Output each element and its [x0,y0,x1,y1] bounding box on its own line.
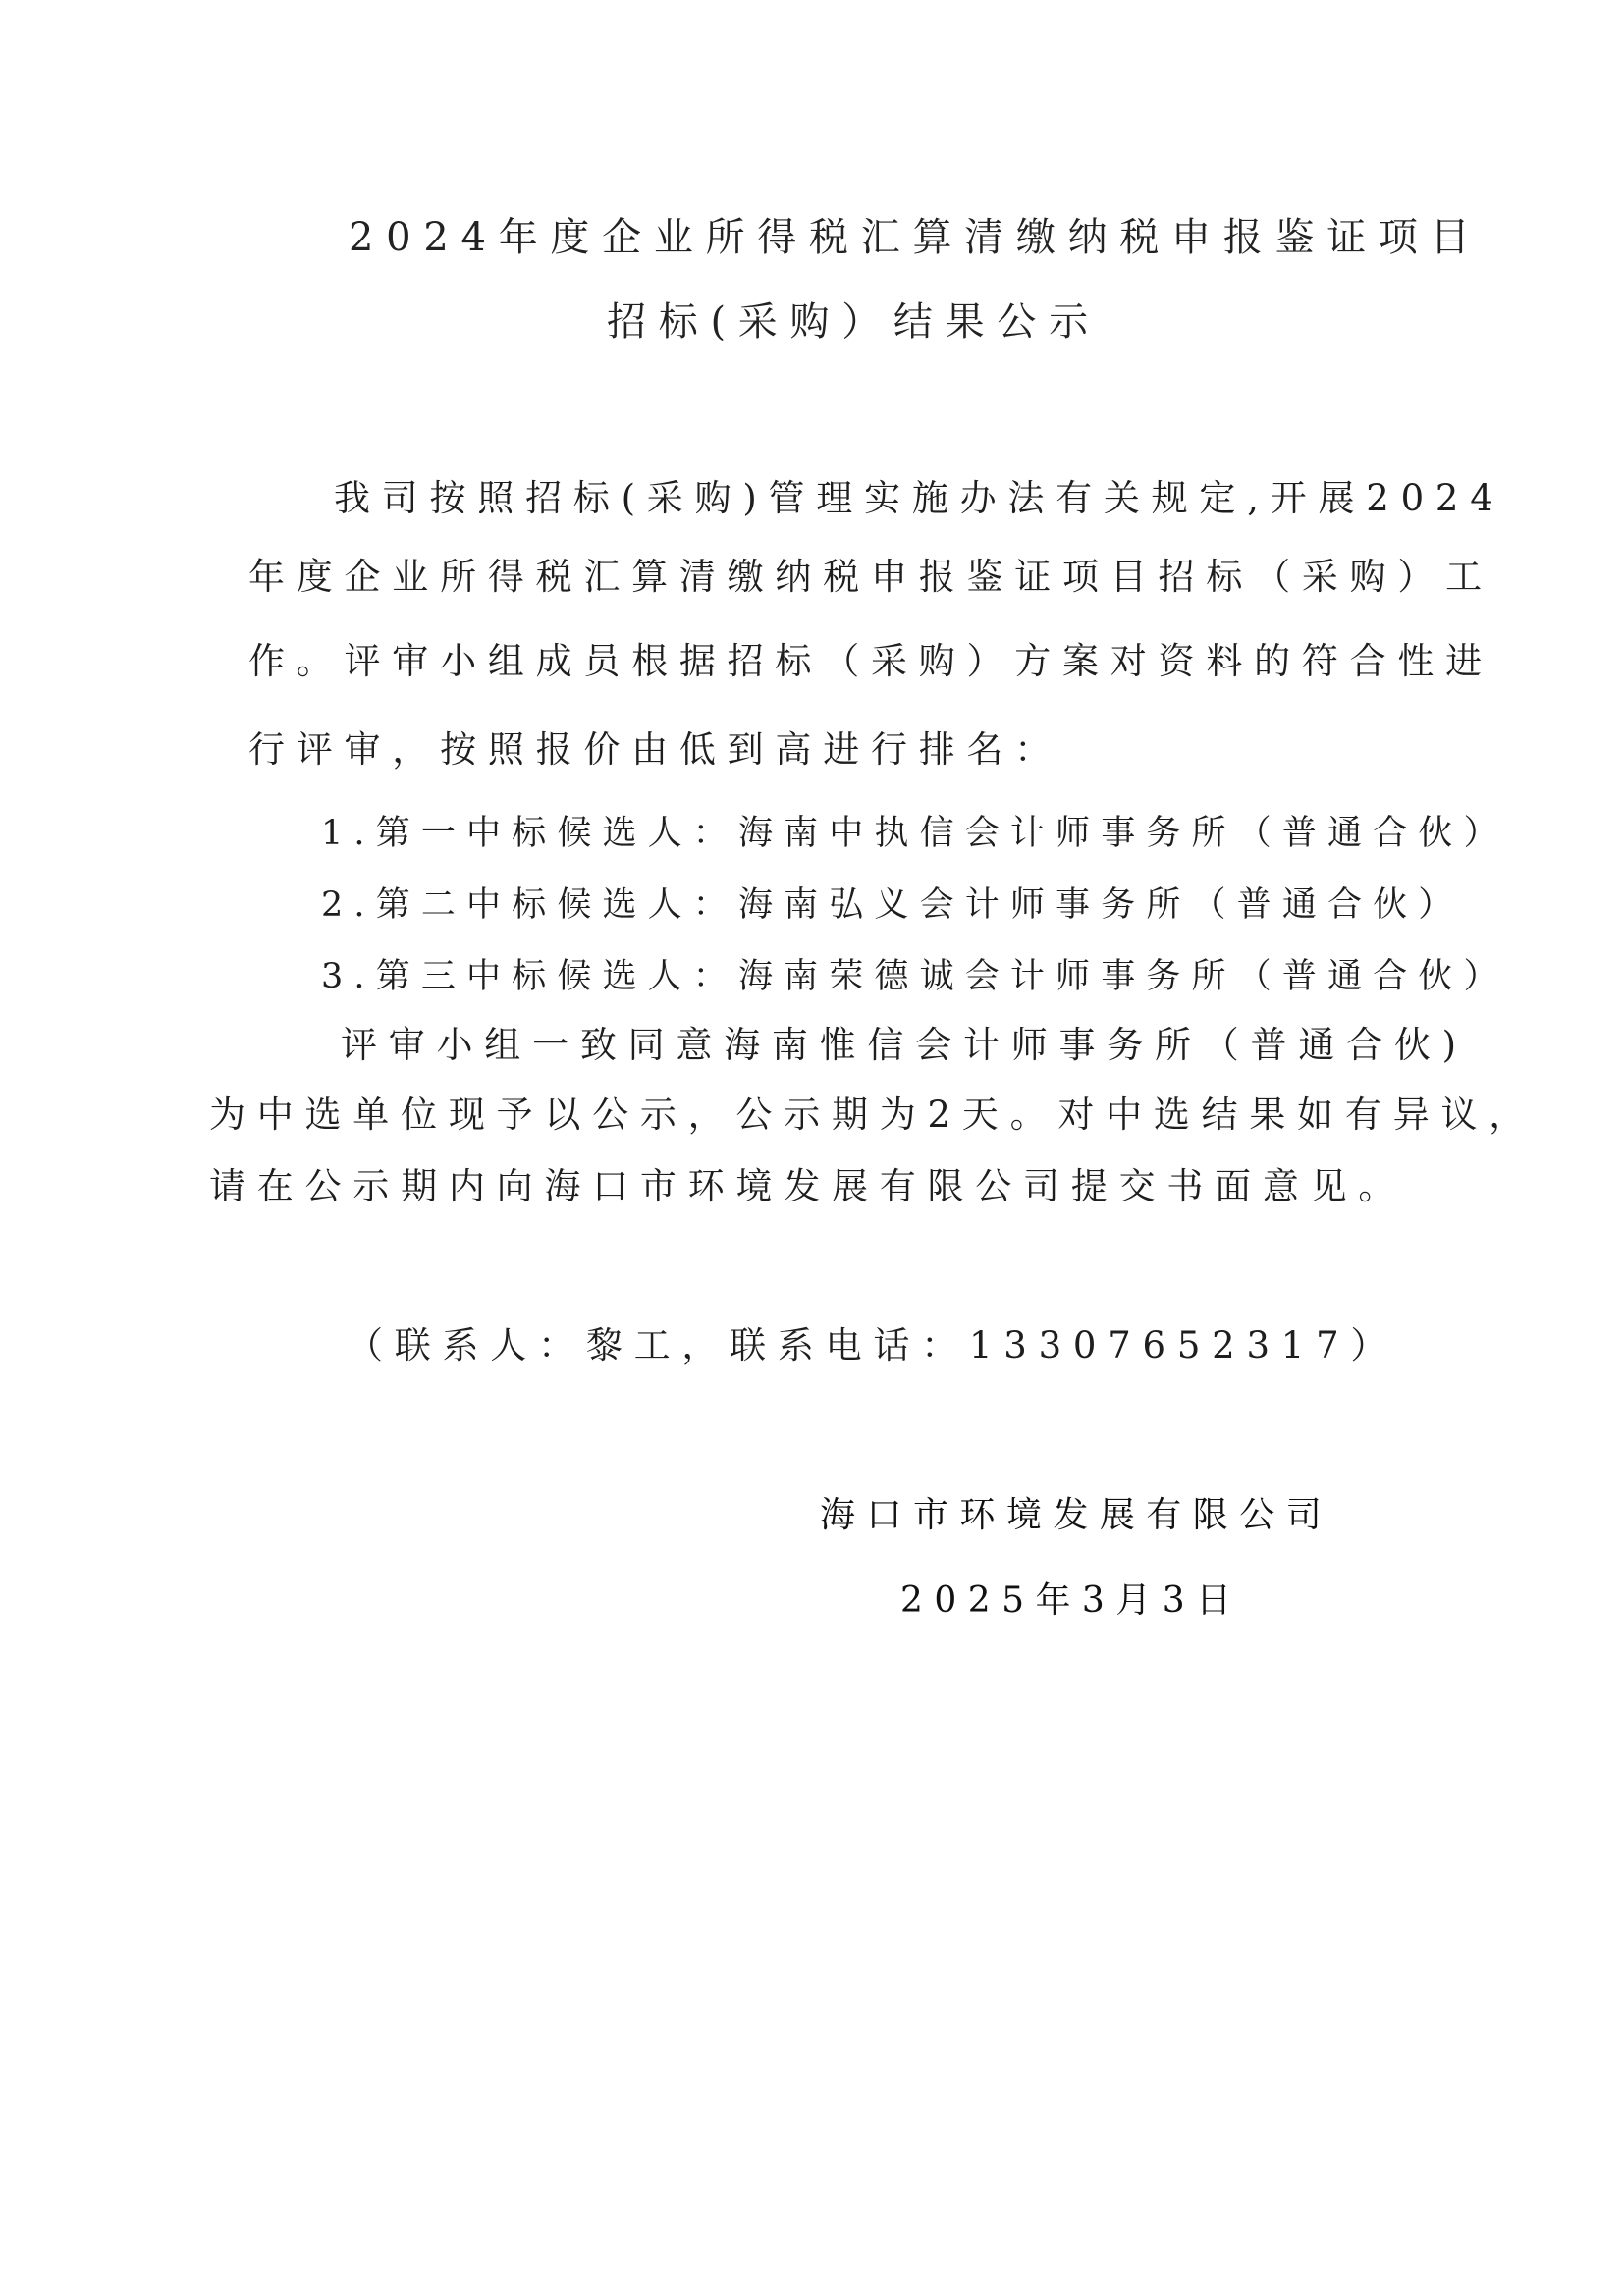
intro-paragraph-line: 我 司 按 照 招 标 ( 采 购 ) 管 理 实 施 办 法 有 关 规 定 … [334,480,1375,516]
document-page: 2 0 2 4 年 度 企 业 所 得 税 汇 算 清 缴 纳 税 申 报 鉴 … [0,0,1624,2296]
candidate-item-1: 1 . 第 一 中 标 候 选 人 ： 海 南 中 执 信 会 计 师 事 务 … [321,817,1283,851]
document-title-line-1: 2 0 2 4 年 度 企 业 所 得 税 汇 算 清 缴 纳 税 申 报 鉴 … [349,218,1267,257]
result-paragraph-line: 评 审 小 组 一 致 同 意 海 南 惟 信 会 计 师 事 务 所 （ 普 … [341,1027,1368,1063]
signature-date: 2 0 2 5 年 3 月 3 日 [900,1583,1190,1619]
intro-paragraph-line: 年 度 企 业 所 得 税 汇 算 清 缴 纳 税 申 报 鉴 证 项 目 招 … [248,559,1375,595]
candidate-item-3: 3 . 第 三 中 标 候 选 人 ： 海 南 荣 德 诚 会 计 师 事 务 … [321,960,1283,994]
document-title-line-2: 招 标 ( 采 购 ） 结 果 公 示 [607,302,1019,342]
result-paragraph-line: 请 在 公 示 期 内 向 海 口 市 环 境 发 展 有 限 公 司 提 交 … [209,1168,1270,1204]
signature-company: 海 口 市 环 境 发 展 有 限 公 司 [820,1498,1260,1533]
intro-paragraph-line: 作 。 评 审 小 组 成 员 根 据 招 标 （ 采 购 ） 方 案 对 资 … [248,643,1375,679]
candidate-item-2: 2 . 第 二 中 标 候 选 人 ： 海 南 弘 义 会 计 师 事 务 所 … [321,888,1247,923]
contact-info: （ 联 系 人 ： 黎 工 ， 联 系 电 话 ： 1 3 3 0 7 6 5 … [347,1327,1156,1363]
result-paragraph-line: 为 中 选 单 位 现 予 以 公 示 ， 公 示 期 为 2 天 。 对 中 … [209,1096,1368,1133]
intro-paragraph-line: 行 评 审 ， 按 照 报 价 由 低 到 高 进 行 排 名 ： [248,731,975,768]
